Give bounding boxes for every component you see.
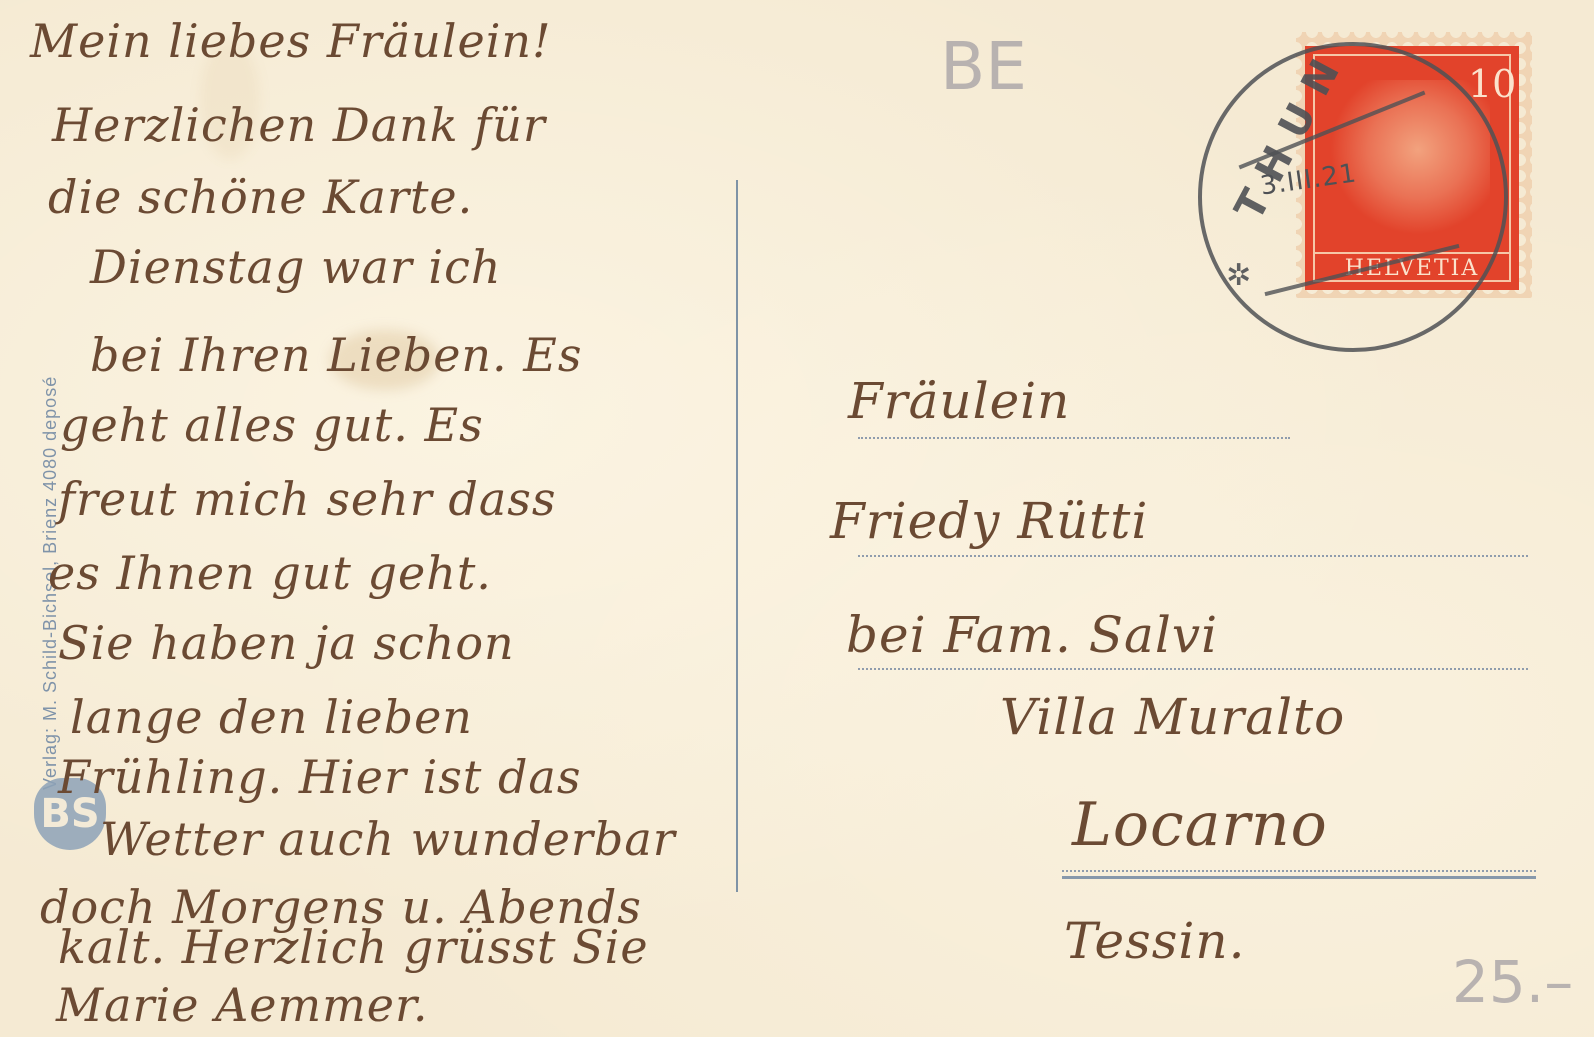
address-line: Friedy Rütti [830,492,1148,550]
message-line: es Ihnen gut geht. [48,546,492,600]
message-line: kalt. Herzlich grüsst Sie [58,920,649,974]
address-guide-line [858,555,1528,557]
postcard: BE 25.– Verlag: M. Schild-Bichsel, Brien… [0,0,1594,1037]
address-line: Fräulein [848,372,1070,430]
message-line: Herzlichen Dank für [52,98,546,152]
pencil-region-mark: BE [940,28,1027,105]
message-line: Frühling. Hier ist das [58,750,581,804]
postmark-star-icon: ✲ [1226,258,1251,293]
address-line: Locarno [1072,790,1328,860]
message-line: Sie haben ja schon [58,616,515,670]
message-line: Wetter auch wunderbar [100,812,676,866]
message-line: die schöne Karte. [48,170,473,224]
address-guide-line [1062,870,1536,872]
message-line: geht alles gut. Es [60,398,484,452]
pencil-price-mark: 25.– [1452,948,1573,1016]
message-address-divider [736,180,738,892]
message-line: Marie Aemmer. [56,978,429,1032]
address-line: Tessin. [1064,912,1245,970]
message-line: bei Ihren Lieben. Es [90,328,582,382]
message-line: lange den lieben [70,690,473,744]
address-guide-line [858,668,1528,670]
address-line: Villa Muralto [1000,688,1345,746]
message-line: Dienstag war ich [90,240,502,294]
address-guide-line [1062,876,1536,879]
message-line: freut mich sehr dass [58,472,556,526]
address-guide-line [858,437,1290,439]
address-line: bei Fam. Salvi [846,606,1218,664]
message-line: Mein liebes Fräulein! [30,14,552,68]
stamp-value: 10 [1468,62,1516,106]
